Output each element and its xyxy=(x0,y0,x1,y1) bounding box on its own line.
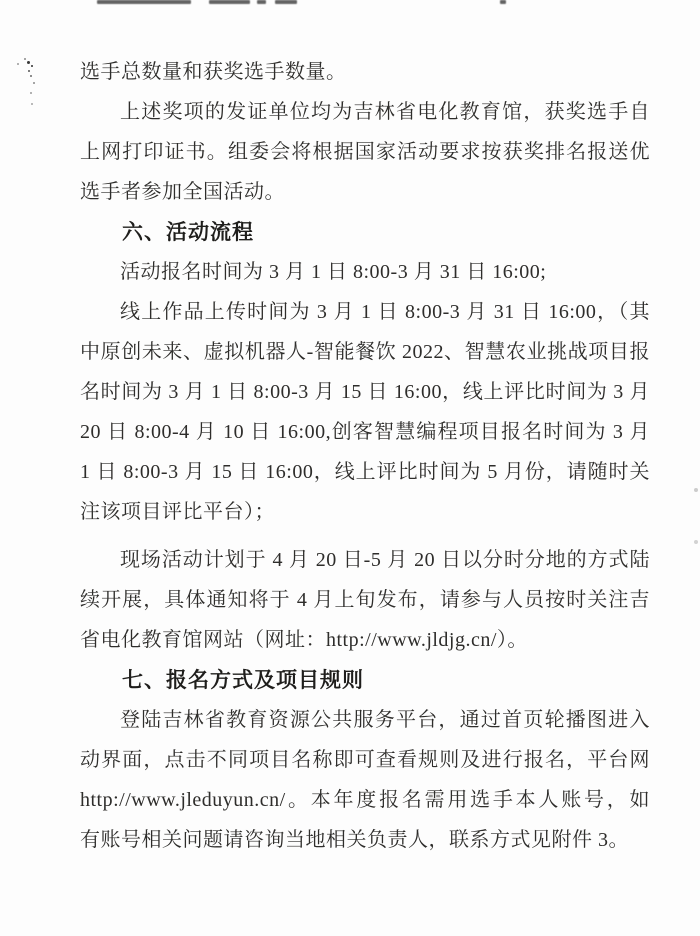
document-body: 选手总数量和获奖选手数量。上述奖项的发证单位均为吉林省电化教育馆，获奖选手自行上… xyxy=(80,52,650,860)
text-line: 1 日 8:00-3 月 15 日 16:00，线上评比时间为 5 月份，请随时… xyxy=(80,452,650,492)
text-line: 省电化教育馆网站（网址：http://www.jldjg.cn/）。 xyxy=(80,620,650,660)
cropped-text-fragment xyxy=(500,0,506,4)
text-line: 有账号相关问题请咨询当地相关负责人，联系方式见附件 3。 xyxy=(80,820,650,860)
scan-speckle xyxy=(31,103,33,105)
section-heading: 七、报名方式及项目规则 xyxy=(80,660,650,700)
paragraph: 上述奖项的发证单位均为吉林省电化教育馆，获奖选手自行上网打印证书。组委会将根据国… xyxy=(80,92,650,212)
text-line: 注该项目评比平台）； xyxy=(80,492,650,532)
scan-speckle xyxy=(694,488,698,492)
text-line: 登陆吉林省教育资源公共服务平台，通过首页轮播图进入活 xyxy=(80,700,650,740)
paragraph: 选手总数量和获奖选手数量。 xyxy=(80,52,650,92)
scan-speckle xyxy=(28,70,30,72)
scan-speckle xyxy=(30,92,32,94)
scanned-document-page: 选手总数量和获奖选手数量。上述奖项的发证单位均为吉林省电化教育馆，获奖选手自行上… xyxy=(0,0,700,936)
text-line: 名时间为 3 月 1 日 8:00-3 月 15 日 16:00，线上评比时间为… xyxy=(80,372,650,412)
text-line: 动界面，点击不同项目名称即可查看规则及进行报名，平台网址： xyxy=(80,740,650,780)
text-line: 中原创未来、虚拟机器人-智能餐饮 2022、智慧农业挑战项目报 xyxy=(80,332,650,372)
text-line: 现场活动计划于 4 月 20 日-5 月 20 日以分时分地的方式陆 xyxy=(80,540,650,580)
scan-speckle xyxy=(17,63,19,65)
scan-speckle xyxy=(24,58,26,60)
text-line: 线上作品上传时间为 3 月 1 日 8:00-3 月 31 日 16:00，（其 xyxy=(80,292,650,332)
cropped-text-fragment xyxy=(257,0,266,4)
section-heading-block: 六、活动流程 xyxy=(80,212,650,252)
text-line: 上网打印证书。组委会将根据国家活动要求按获奖排名报送优胜 xyxy=(80,132,650,172)
cropped-text-fragment xyxy=(97,0,191,4)
paragraph: 现场活动计划于 4 月 20 日-5 月 20 日以分时分地的方式陆续开展，具体… xyxy=(80,540,650,660)
text-line: 选手者参加全国活动。 xyxy=(80,172,650,212)
text-line: http://www.jleduyun.cn/。本年度报名需用选手本人账号，如 xyxy=(80,780,650,820)
text-line: 续开展，具体通知将于 4 月上旬发布，请参与人员按时关注吉林 xyxy=(80,580,650,620)
paragraph: 活动报名时间为 3 月 1 日 8:00-3 月 31 日 16:00; xyxy=(80,252,650,292)
scan-speckle xyxy=(31,65,33,67)
cropped-text-fragment xyxy=(209,0,250,4)
paragraph: 登陆吉林省教育资源公共服务平台，通过首页轮播图进入活动界面，点击不同项目名称即可… xyxy=(80,700,650,860)
text-line: 活动报名时间为 3 月 1 日 8:00-3 月 31 日 16:00; xyxy=(80,252,650,292)
text-line: 20 日 8:00-4 月 10 日 16:00,创客智慧编程项目报名时间为 3… xyxy=(80,412,650,452)
section-heading-block: 七、报名方式及项目规则 xyxy=(80,660,650,700)
text-line: 选手总数量和获奖选手数量。 xyxy=(80,52,650,92)
cropped-text-fragment xyxy=(275,0,297,4)
scan-speckle xyxy=(33,82,35,84)
scan-speckle xyxy=(30,75,32,77)
scan-speckle xyxy=(694,540,698,544)
text-line: 上述奖项的发证单位均为吉林省电化教育馆，获奖选手自行 xyxy=(80,92,650,132)
scan-speckle xyxy=(27,61,30,64)
paragraph: 线上作品上传时间为 3 月 1 日 8:00-3 月 31 日 16:00，（其… xyxy=(80,292,650,532)
section-heading: 六、活动流程 xyxy=(80,212,650,252)
